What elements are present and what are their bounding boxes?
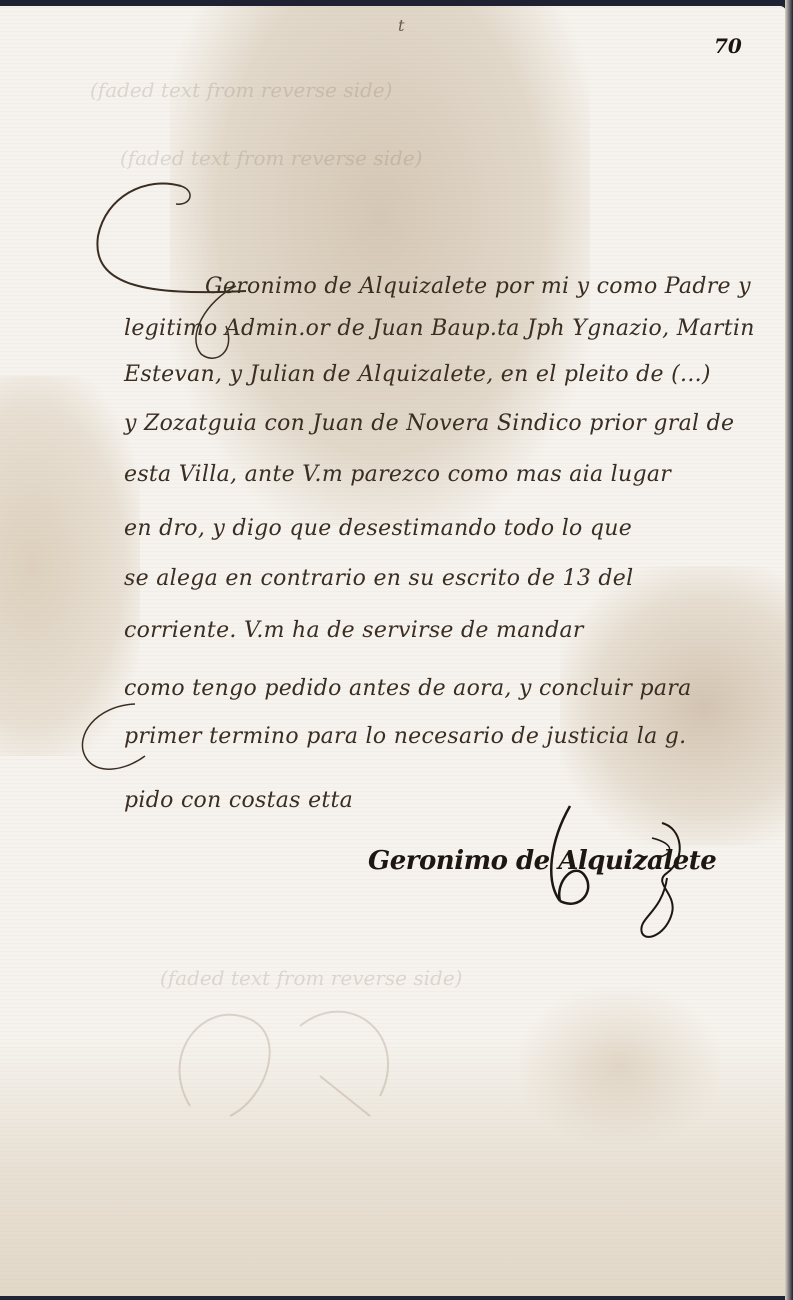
page-edge-shadow [785, 0, 793, 1300]
manuscript-line: legitimo Admin.or de Juan Baup.ta Jph Yg… [124, 316, 755, 341]
signature-rubric [632, 818, 692, 948]
bleed-through-flourish [150, 966, 470, 1136]
signature-loop [540, 801, 600, 941]
manuscript-line: primer termino para lo necesario de just… [124, 724, 686, 749]
manuscript-page: (faded text from reverse side) (faded te… [0, 6, 786, 1296]
manuscript-line: esta Villa, ante V.m parezco como mas ai… [124, 462, 671, 487]
bleed-through-text: (faded text from reverse side) [120, 146, 422, 170]
manuscript-line: pido con costas etta [124, 788, 353, 813]
manuscript-line: como tengo pedido antes de aora, y concl… [124, 676, 692, 701]
manuscript-line: se alega en contrario en su escrito de 1… [124, 566, 633, 591]
margin-flourish [75, 696, 155, 786]
manuscript-line: corriente. V.m ha de servirse de mandar [124, 618, 584, 643]
manuscript-line: Estevan, y Julian de Alquizalete, en el … [124, 362, 711, 387]
manuscript-line: en dro, y digo que desestimando todo lo … [124, 516, 632, 541]
folio-number: 70 [714, 34, 742, 58]
water-stain-middle [520, 986, 720, 1146]
manuscript-line: Geronimo de Alquizalete por mi y como Pa… [205, 274, 751, 299]
top-mark: t [398, 16, 404, 35]
manuscript-line: y Zozatguia con Juan de Novera Sindico p… [124, 411, 734, 436]
bleed-through-text: (faded text from reverse side) [90, 78, 392, 102]
